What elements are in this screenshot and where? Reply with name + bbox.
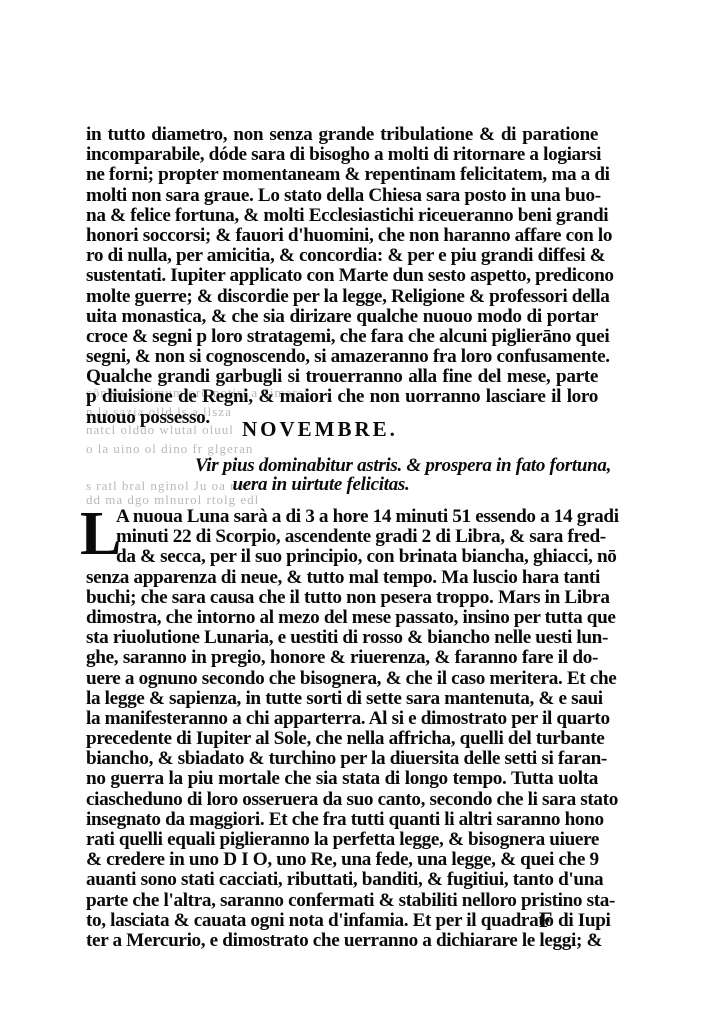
text-line: ro di nulla, per amicitia, & concordia: … xyxy=(86,246,598,266)
text-line: auanti sono stati cacciati, ributtati, b… xyxy=(86,870,598,890)
text-line: & credere in uno D I O, uno Re, una fede… xyxy=(86,850,598,870)
text-line: sta riuolutione Lunaria, e uestiti di ro… xyxy=(86,628,598,648)
text-line: in tutto diametro, non senza grande trib… xyxy=(86,125,598,145)
text-line: la manifesteranno a chi apparterra. Al s… xyxy=(86,709,598,729)
text-line: molte guerre; & discordie per la legge, … xyxy=(86,287,598,307)
text-line: minuti 22 di Scorpio, ascendente gradi 2… xyxy=(86,527,598,547)
text-line: biancho, & sbiadato & turchino per la di… xyxy=(86,749,598,769)
text-line: dimostra, che intorno al mezo del mese p… xyxy=(86,608,598,628)
text-line: da & secca, per il suo principio, con br… xyxy=(86,547,598,567)
document-page: cōnesto primum oro notirl a dimarsi n la… xyxy=(0,0,722,1024)
text-line: ter a Mercurio, e dimostrato che uerrann… xyxy=(86,931,598,951)
text-line: segni, & non si cognoscendo, si amazeran… xyxy=(86,347,598,367)
text-line: ne forni; propter momentaneam & repentin… xyxy=(86,165,598,185)
text-line: insegnato da maggiori. Et che fra tutti … xyxy=(86,810,598,830)
text-line: na & felice fortuna, & molti Ecclesiasti… xyxy=(86,206,598,226)
text-line: Qualche grandi garbugli si trouerranno a… xyxy=(86,367,598,387)
top-paragraph: in tutto diametro, non senza grande trib… xyxy=(86,125,598,428)
text-line: uere a ognuno secondo che bisognera, & c… xyxy=(86,669,598,689)
text-line: honori soccorsi; & fauori d'huomini, che… xyxy=(86,226,598,246)
text-line: molti non sara graue. Lo stato della Chi… xyxy=(86,186,598,206)
text-line: p diuisione de Regni, & maiori che non u… xyxy=(86,387,598,407)
text-line: A nuoua Luna sarà a di 3 a hore 14 minut… xyxy=(86,507,598,527)
text-line: buchi; che sara causa che il tutto non p… xyxy=(86,588,598,608)
signature-mark: F xyxy=(539,907,552,933)
text-line: croce & segni p loro stratagemi, che far… xyxy=(86,327,598,347)
main-paragraph: A nuoua Luna sarà a di 3 a hore 14 minut… xyxy=(86,507,598,951)
text-line: parte che l'altra, saranno confermati & … xyxy=(86,891,598,911)
motto-line: uera in uirtute felicitas. xyxy=(0,474,682,496)
text-line: la legge & sapienza, in tutte sorti di s… xyxy=(86,689,598,709)
text-line: ciascheduno di loro osseruera da suo can… xyxy=(86,790,598,810)
text-line: ghe, saranno in pregio, honore & riueren… xyxy=(86,648,598,668)
text-line: sustentati. Iupiter applicato con Marte … xyxy=(86,266,598,286)
text-line: precedente di Iupiter al Sole, che nella… xyxy=(86,729,598,749)
month-heading: NOVEMBRE. xyxy=(242,417,398,442)
text-line: uita monastica, & che sia dirizare qualc… xyxy=(86,307,598,327)
text-line: to, lasciata & cauata ogni nota d'infami… xyxy=(86,911,598,931)
text-line: incomparabile, dóde sara di bisogho a mo… xyxy=(86,145,598,165)
text-line: rati quelli equali piglieranno la perfet… xyxy=(86,830,598,850)
text-line: senza apparenza di neue, & tutto mal tem… xyxy=(86,568,598,588)
text-line: no guerra la piu mortale che sia stata d… xyxy=(86,769,598,789)
